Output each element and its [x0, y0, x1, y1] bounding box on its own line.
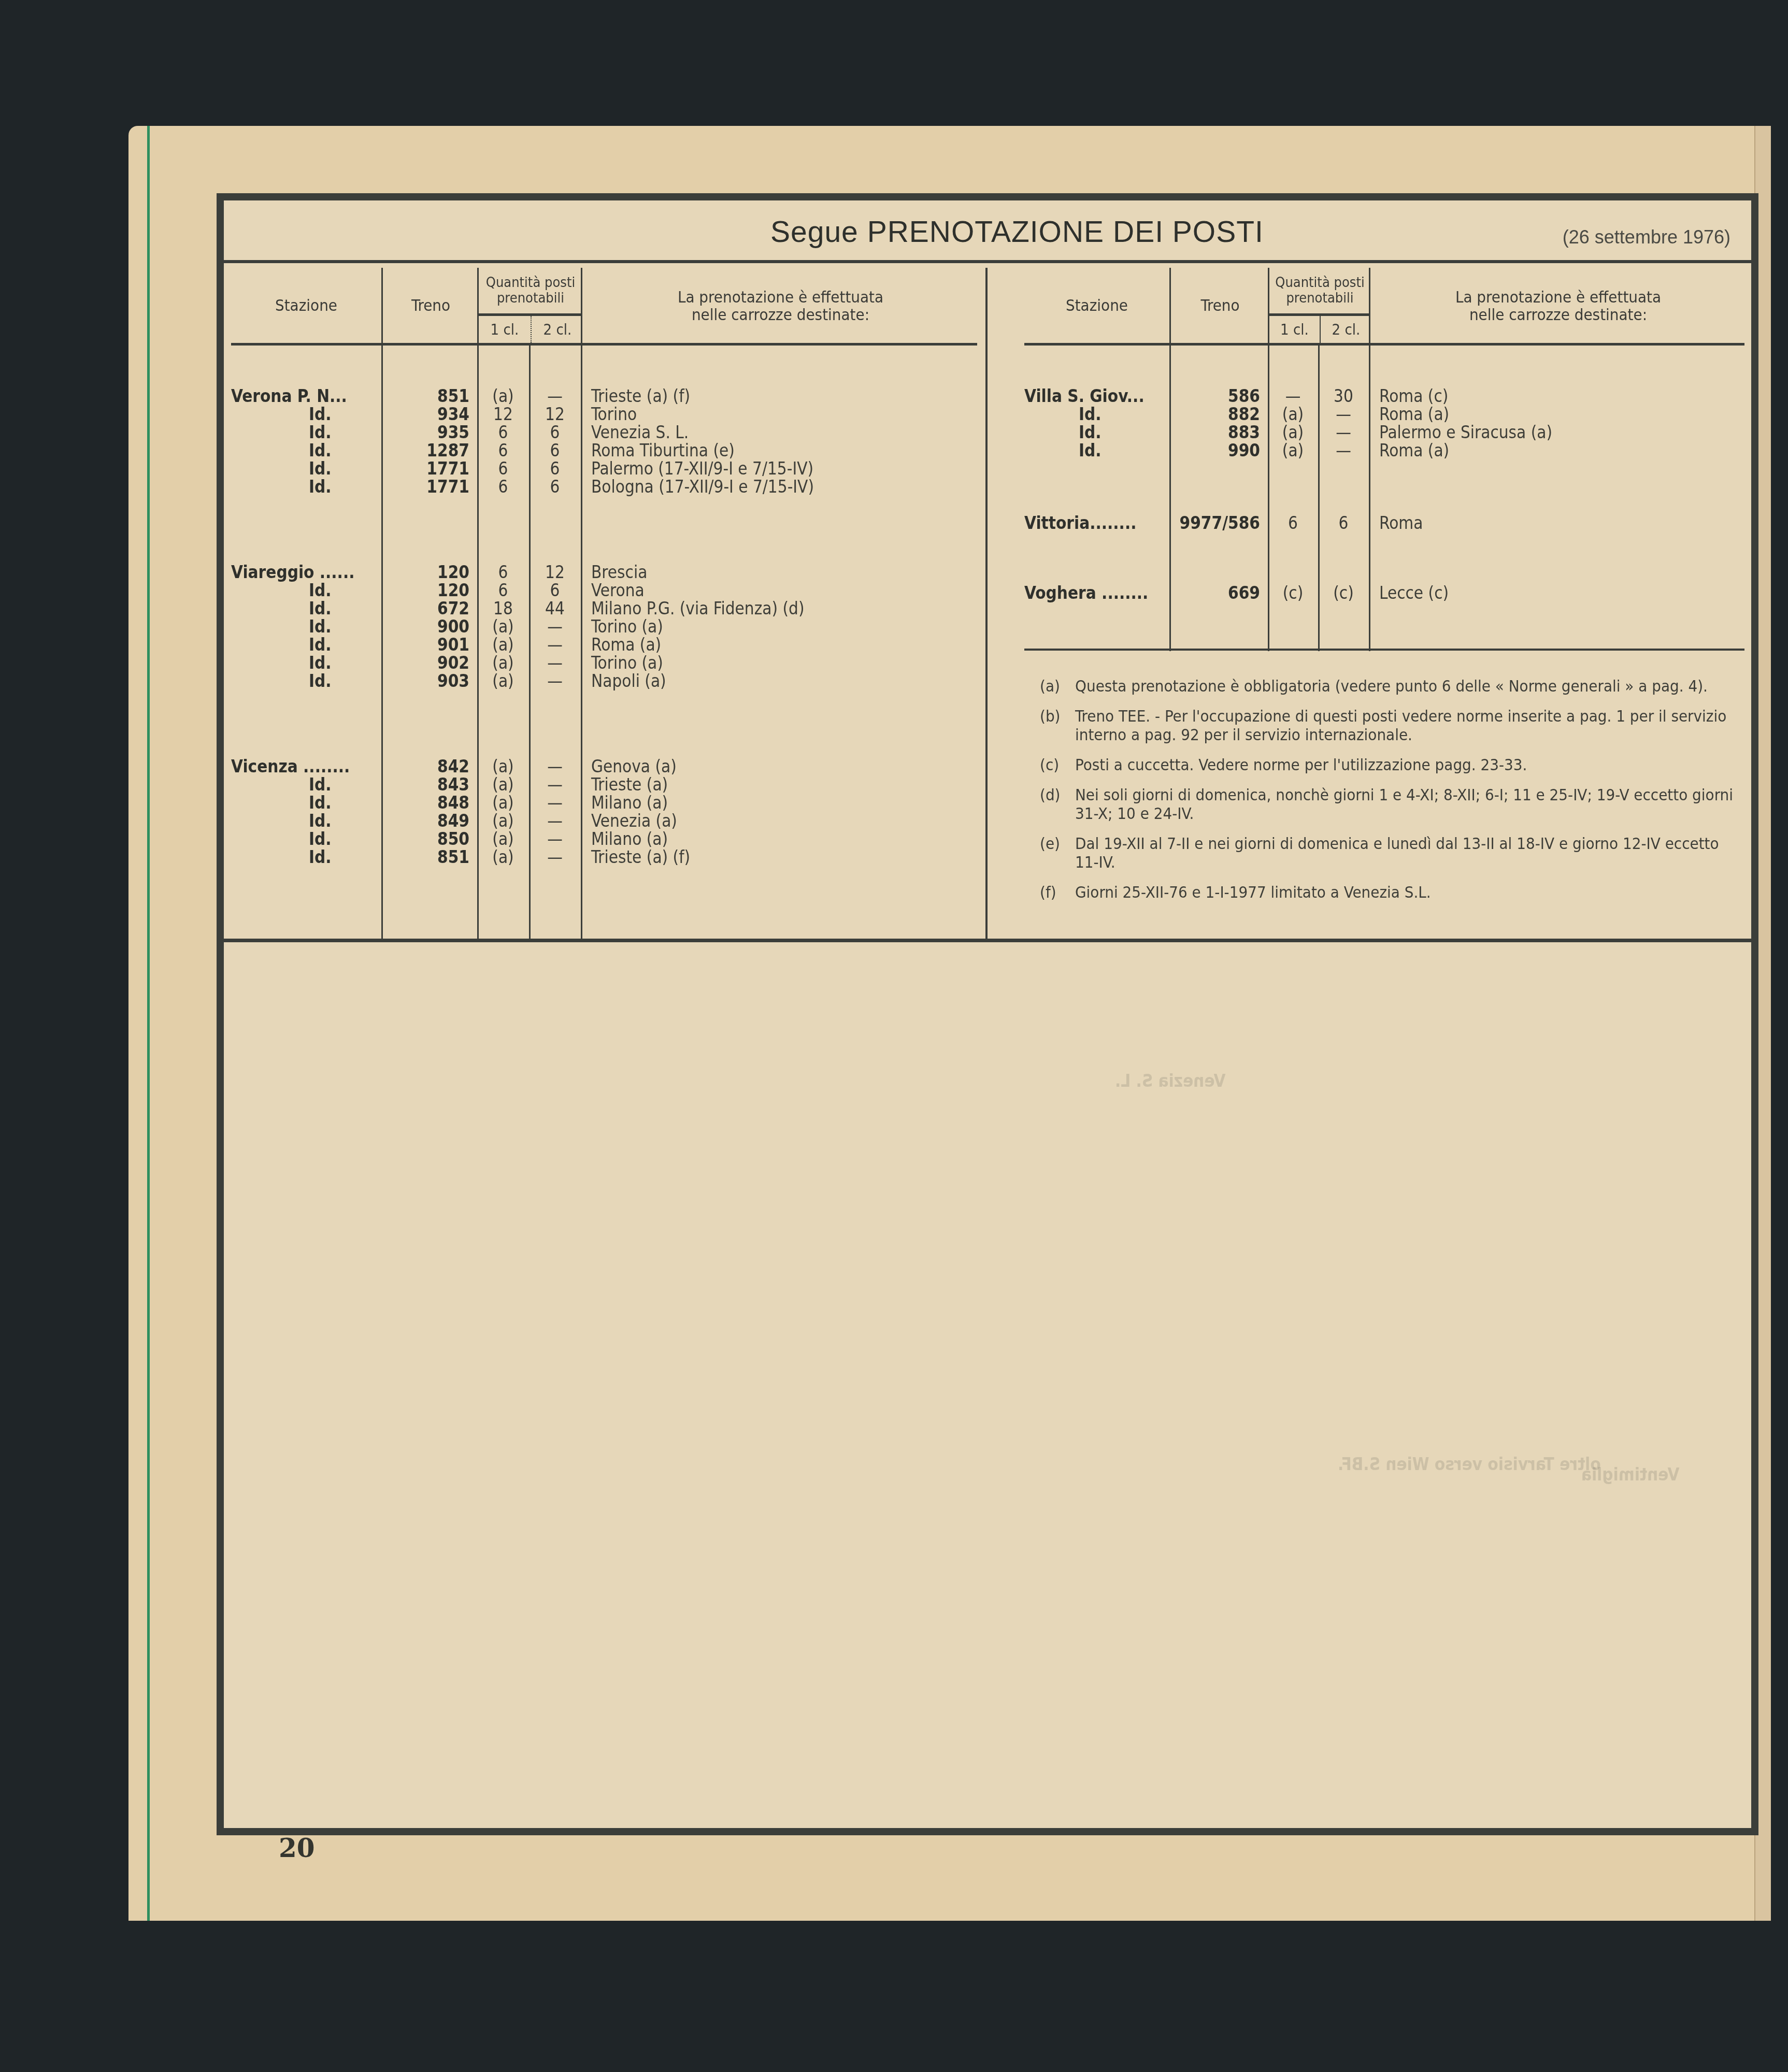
- second-class-seats: —: [529, 654, 581, 672]
- header-cl2: 2 cl.: [1320, 316, 1371, 343]
- destination: Trieste (a) (f): [591, 848, 690, 866]
- station-name: Id.: [309, 405, 332, 423]
- destination: Verona: [591, 581, 645, 599]
- station-name: Id.: [309, 848, 332, 866]
- table-row: Id.177166Bologna (17-XII/9-I e 7/15-IV): [231, 478, 977, 496]
- train-number: 882: [1169, 405, 1260, 423]
- table-row: Vittoria........9977/58666Roma: [1024, 514, 1744, 532]
- station-name: Id.: [1079, 441, 1102, 459]
- destination: Milano P.G. (via Fidenza) (d): [591, 599, 804, 617]
- station-name: Id.: [309, 459, 332, 478]
- destination: Trieste (a) (f): [591, 387, 690, 405]
- first-class-seats: (a): [477, 757, 529, 775]
- footnote-mark: (c): [1040, 756, 1059, 774]
- table-row: Id.883(a)—Palermo e Siracusa (a): [1024, 423, 1744, 441]
- destination: Palermo (17-XII/9-I e 7/15-IV): [591, 459, 813, 478]
- station-name: Id.: [309, 812, 332, 830]
- station-name: Id.: [309, 423, 332, 441]
- second-class-seats: —: [529, 775, 581, 794]
- qty-line1: Quantità posti: [1275, 275, 1364, 291]
- station-name: Id.: [309, 441, 332, 459]
- train-number: 1287: [381, 441, 469, 459]
- center-divider: [985, 268, 988, 941]
- train-number: 586: [1169, 387, 1260, 405]
- train-number: 990: [1169, 441, 1260, 459]
- second-class-seats: 12: [529, 563, 581, 581]
- first-class-seats: 6: [477, 478, 529, 496]
- second-class-seats: —: [529, 636, 581, 654]
- train-number: 848: [381, 794, 469, 812]
- station-name: Id.: [309, 636, 332, 654]
- table-row: Id.851(a)—Trieste (a) (f): [231, 848, 977, 866]
- train-number: 9977/586: [1169, 514, 1260, 532]
- station-name: Viareggio ......: [231, 563, 354, 581]
- destination: Brescia: [591, 563, 647, 581]
- second-class-seats: 6: [529, 581, 581, 599]
- destination: Lecce (c): [1379, 584, 1449, 602]
- second-class-seats: 6: [529, 478, 581, 496]
- train-number: 1771: [381, 459, 469, 478]
- second-class-seats: —: [529, 387, 581, 405]
- header-qty-label: Quantità postiprenotabili: [1269, 268, 1370, 316]
- first-class-seats: 12: [477, 405, 529, 423]
- header-qty-label: Quantità postiprenotabili: [479, 268, 582, 316]
- table-row: Id.901(a)—Roma (a): [231, 636, 977, 654]
- first-class-seats: (a): [1268, 423, 1318, 441]
- first-class-seats: 6: [477, 423, 529, 441]
- station-name: Voghera ........: [1024, 584, 1148, 602]
- footnotes: (a)Questa prenotazione è obbligatoria (v…: [1040, 677, 1734, 913]
- table-row: Verona P. N...851(a)—Trieste (a) (f): [231, 387, 977, 405]
- destination: Venezia S. L.: [591, 423, 689, 441]
- train-number: 120: [381, 563, 469, 581]
- show-through-text: Venezia S. L.: [1115, 1071, 1226, 1091]
- edition-date: (26 settembre 1976): [1563, 226, 1730, 248]
- footnote: (f)Giorni 25-XII-76 e 1-I-1977 limitato …: [1040, 883, 1734, 902]
- second-class-seats: (c): [1318, 584, 1369, 602]
- first-class-seats: (c): [1268, 584, 1318, 602]
- station-name: Verona P. N...: [231, 387, 347, 405]
- station-name: Vittoria........: [1024, 514, 1136, 532]
- train-number: 843: [381, 775, 469, 794]
- first-class-seats: (a): [477, 387, 529, 405]
- first-class-seats: 6: [477, 563, 529, 581]
- table-row: Id.93566Venezia S. L.: [231, 423, 977, 441]
- table-row: Id.843(a)—Trieste (a): [231, 775, 977, 794]
- footnote: (c)Posti a cuccetta. Vedere norme per l'…: [1040, 756, 1734, 774]
- second-class-seats: —: [529, 812, 581, 830]
- table-row: Villa S. Giov...586—30Roma (c): [1024, 387, 1744, 405]
- header-stazione: Stazione: [231, 268, 381, 343]
- second-class-seats: —: [1318, 441, 1369, 459]
- table-bottom-rule: [224, 939, 1751, 942]
- train-number: 851: [381, 848, 469, 866]
- train-number: 883: [1169, 423, 1260, 441]
- footnote-mark: (a): [1040, 677, 1060, 696]
- header-cl2: 2 cl.: [531, 316, 583, 343]
- timetable-page: Segue PRENOTAZIONE DEI POSTI (26 settemb…: [128, 126, 1771, 1921]
- destination: Torino (a): [591, 617, 663, 636]
- table-row: Vicenza ........842(a)—Genova (a): [231, 757, 977, 775]
- destination: Venezia (a): [591, 812, 677, 830]
- first-class-seats: 6: [477, 459, 529, 478]
- first-class-seats: (a): [477, 775, 529, 794]
- show-through-text: oltre Tarvisio verso Wien S.BF.: [1338, 1454, 1601, 1474]
- destination: Roma (a): [591, 636, 661, 654]
- destination: Trieste (a): [591, 775, 668, 794]
- table-row: Voghera ........669(c)(c)Lecce (c): [1024, 584, 1744, 602]
- table-header: Stazione Treno Quantità postiprenotabili…: [1024, 268, 1744, 346]
- table-row: Id.177166Palermo (17-XII/9-I e 7/15-IV): [231, 459, 977, 478]
- station-name: Villa S. Giov...: [1024, 387, 1145, 405]
- train-number: 849: [381, 812, 469, 830]
- station-name: Id.: [309, 794, 332, 812]
- destination: Torino: [591, 405, 637, 423]
- train-number: 120: [381, 581, 469, 599]
- first-class-seats: 6: [477, 441, 529, 459]
- header-qty: Quantità postiprenotabili 1 cl. 2 cl.: [477, 268, 582, 343]
- footnote-mark: (e): [1040, 834, 1060, 853]
- second-class-seats: 30: [1318, 387, 1369, 405]
- table-row: Id.128766Roma Tiburtina (e): [231, 441, 977, 459]
- station-name: Id.: [309, 775, 332, 794]
- train-number: 901: [381, 636, 469, 654]
- first-class-seats: (a): [477, 672, 529, 690]
- second-class-seats: —: [529, 830, 581, 848]
- footnote: (d)Nei soli giorni di domenica, nonchè g…: [1040, 786, 1734, 823]
- table-row: Id.882(a)—Roma (a): [1024, 405, 1744, 423]
- table-row: Id.9341212Torino: [231, 405, 977, 423]
- train-number: 935: [381, 423, 469, 441]
- station-name: Id.: [309, 672, 332, 690]
- table-body: Verona P. N...851(a)—Trieste (a) (f)Id.9…: [231, 346, 977, 941]
- qty-line1: Quantità posti: [486, 275, 575, 291]
- second-class-seats: —: [529, 848, 581, 866]
- table-row: Id.900(a)—Torino (a): [231, 617, 977, 636]
- qty-line2: prenotabili: [497, 290, 564, 306]
- header-destination: La prenotazione è effettuata nelle carro…: [581, 268, 979, 343]
- table-row: Viareggio ......120612Brescia: [231, 563, 977, 581]
- footnote-mark: (b): [1040, 707, 1060, 726]
- footnote: (a)Questa prenotazione è obbligatoria (v…: [1040, 677, 1734, 696]
- station-name: Id.: [309, 654, 332, 672]
- page-title: Segue PRENOTAZIONE DEI POSTI: [770, 215, 1264, 249]
- dest-line2: nelle carrozze destinate:: [582, 306, 979, 324]
- station-name: Id.: [309, 581, 332, 599]
- table-body: Villa S. Giov...586—30Roma (c)Id.882(a)—…: [1024, 346, 1744, 651]
- destination: Roma (c): [1379, 387, 1448, 405]
- dest-line1: La prenotazione è effettuata: [1370, 289, 1746, 306]
- show-through-text: Ventimiglia: [1581, 1464, 1680, 1485]
- second-class-seats: 6: [529, 459, 581, 478]
- qty-line2: prenotabili: [1286, 290, 1353, 306]
- second-class-seats: 6: [529, 441, 581, 459]
- footnote-text: Treno TEE. - Per l'occupazione di questi…: [1075, 707, 1726, 744]
- destination: Roma (a): [1379, 441, 1449, 459]
- table-row: Id.6721844Milano P.G. (via Fidenza) (d): [231, 599, 977, 617]
- station-name: Id.: [309, 617, 332, 636]
- header-stazione: Stazione: [1024, 268, 1169, 343]
- header-treno: Treno: [381, 268, 479, 343]
- first-class-seats: 6: [1268, 514, 1318, 532]
- destination: Napoli (a): [591, 672, 666, 690]
- second-class-seats: —: [529, 794, 581, 812]
- table-header: Stazione Treno Quantità postiprenotabili…: [231, 268, 977, 346]
- train-number: 851: [381, 387, 469, 405]
- second-class-seats: 44: [529, 599, 581, 617]
- train-number: 903: [381, 672, 469, 690]
- train-number: 934: [381, 405, 469, 423]
- footnote-text: Dal 19-XII al 7-II e nei giorni di domen…: [1075, 834, 1719, 872]
- footnote-mark: (d): [1040, 786, 1060, 804]
- destination: Bologna (17-XII/9-I e 7/15-IV): [591, 478, 814, 496]
- first-class-seats: (a): [1268, 441, 1318, 459]
- first-class-seats: (a): [477, 812, 529, 830]
- first-class-seats: —: [1268, 387, 1318, 405]
- train-number: 902: [381, 654, 469, 672]
- page-number: 20: [279, 1833, 315, 1863]
- first-class-seats: 18: [477, 599, 529, 617]
- train-number: 850: [381, 830, 469, 848]
- first-class-seats: (a): [1268, 405, 1318, 423]
- second-class-seats: 6: [529, 423, 581, 441]
- second-class-seats: —: [529, 757, 581, 775]
- right-reservation-table: Stazione Treno Quantità postiprenotabili…: [1024, 268, 1744, 651]
- page-frame: Segue PRENOTAZIONE DEI POSTI (26 settemb…: [217, 193, 1758, 1835]
- second-class-seats: —: [529, 672, 581, 690]
- first-class-seats: (a): [477, 617, 529, 636]
- table-row: Id.12066Verona: [231, 581, 977, 599]
- second-class-seats: —: [1318, 405, 1369, 423]
- destination: Milano (a): [591, 830, 668, 848]
- left-reservation-table: Stazione Treno Quantità postiprenotabili…: [231, 268, 977, 941]
- first-class-seats: (a): [477, 654, 529, 672]
- header-cl1: 1 cl.: [1269, 316, 1320, 343]
- train-number: 842: [381, 757, 469, 775]
- notes-separator: [1024, 649, 1744, 651]
- first-class-seats: 6: [477, 581, 529, 599]
- second-class-seats: —: [1318, 423, 1369, 441]
- train-number: 669: [1169, 584, 1260, 602]
- page-header: Segue PRENOTAZIONE DEI POSTI (26 settemb…: [224, 200, 1751, 263]
- first-class-seats: (a): [477, 636, 529, 654]
- station-name: Id.: [1079, 423, 1102, 441]
- footnote-text: Giorni 25-XII-76 e 1-I-1977 limitato a V…: [1075, 883, 1431, 902]
- second-class-seats: —: [529, 617, 581, 636]
- destination: Genova (a): [591, 757, 677, 775]
- header-destination: La prenotazione è effettuata nelle carro…: [1369, 268, 1746, 343]
- footnote: (b)Treno TEE. - Per l'occupazione di que…: [1040, 707, 1734, 744]
- table-row: Id.990(a)—Roma (a): [1024, 441, 1744, 459]
- train-number: 900: [381, 617, 469, 636]
- footnote-text: Posti a cuccetta. Vedere norme per l'uti…: [1075, 756, 1527, 774]
- second-class-seats: 12: [529, 405, 581, 423]
- footnote-mark: (f): [1040, 883, 1056, 902]
- header-qty: Quantità postiprenotabili 1 cl. 2 cl.: [1268, 268, 1370, 343]
- table-row: Id.848(a)—Milano (a): [231, 794, 977, 812]
- table-row: Id.903(a)—Napoli (a): [231, 672, 977, 690]
- footnote-text: Nei soli giorni di domenica, nonchè gior…: [1075, 786, 1733, 823]
- station-name: Id.: [1079, 405, 1102, 423]
- dest-line1: La prenotazione è effettuata: [582, 289, 979, 306]
- header-treno: Treno: [1169, 268, 1269, 343]
- first-class-seats: (a): [477, 830, 529, 848]
- table-row: Id.850(a)—Milano (a): [231, 830, 977, 848]
- destination: Roma (a): [1379, 405, 1449, 423]
- footnote-text: Questa prenotazione è obbligatoria (vede…: [1075, 677, 1708, 696]
- first-class-seats: (a): [477, 848, 529, 866]
- train-number: 1771: [381, 478, 469, 496]
- train-number: 672: [381, 599, 469, 617]
- first-class-seats: (a): [477, 794, 529, 812]
- station-name: Vicenza ........: [231, 757, 350, 775]
- station-name: Id.: [309, 830, 332, 848]
- header-cl1: 1 cl.: [479, 316, 531, 343]
- table-row: Id.902(a)—Torino (a): [231, 654, 977, 672]
- footnote: (e)Dal 19-XII al 7-II e nei giorni di do…: [1040, 834, 1734, 872]
- station-name: Id.: [309, 599, 332, 617]
- second-class-seats: 6: [1318, 514, 1369, 532]
- dest-line2: nelle carrozze destinate:: [1370, 306, 1746, 324]
- destination: Torino (a): [591, 654, 663, 672]
- destination: Milano (a): [591, 794, 668, 812]
- destination: Roma Tiburtina (e): [591, 441, 735, 459]
- table-row: Id.849(a)—Venezia (a): [231, 812, 977, 830]
- destination: Roma: [1379, 514, 1423, 532]
- station-name: Id.: [309, 478, 332, 496]
- destination: Palermo e Siracusa (a): [1379, 423, 1552, 441]
